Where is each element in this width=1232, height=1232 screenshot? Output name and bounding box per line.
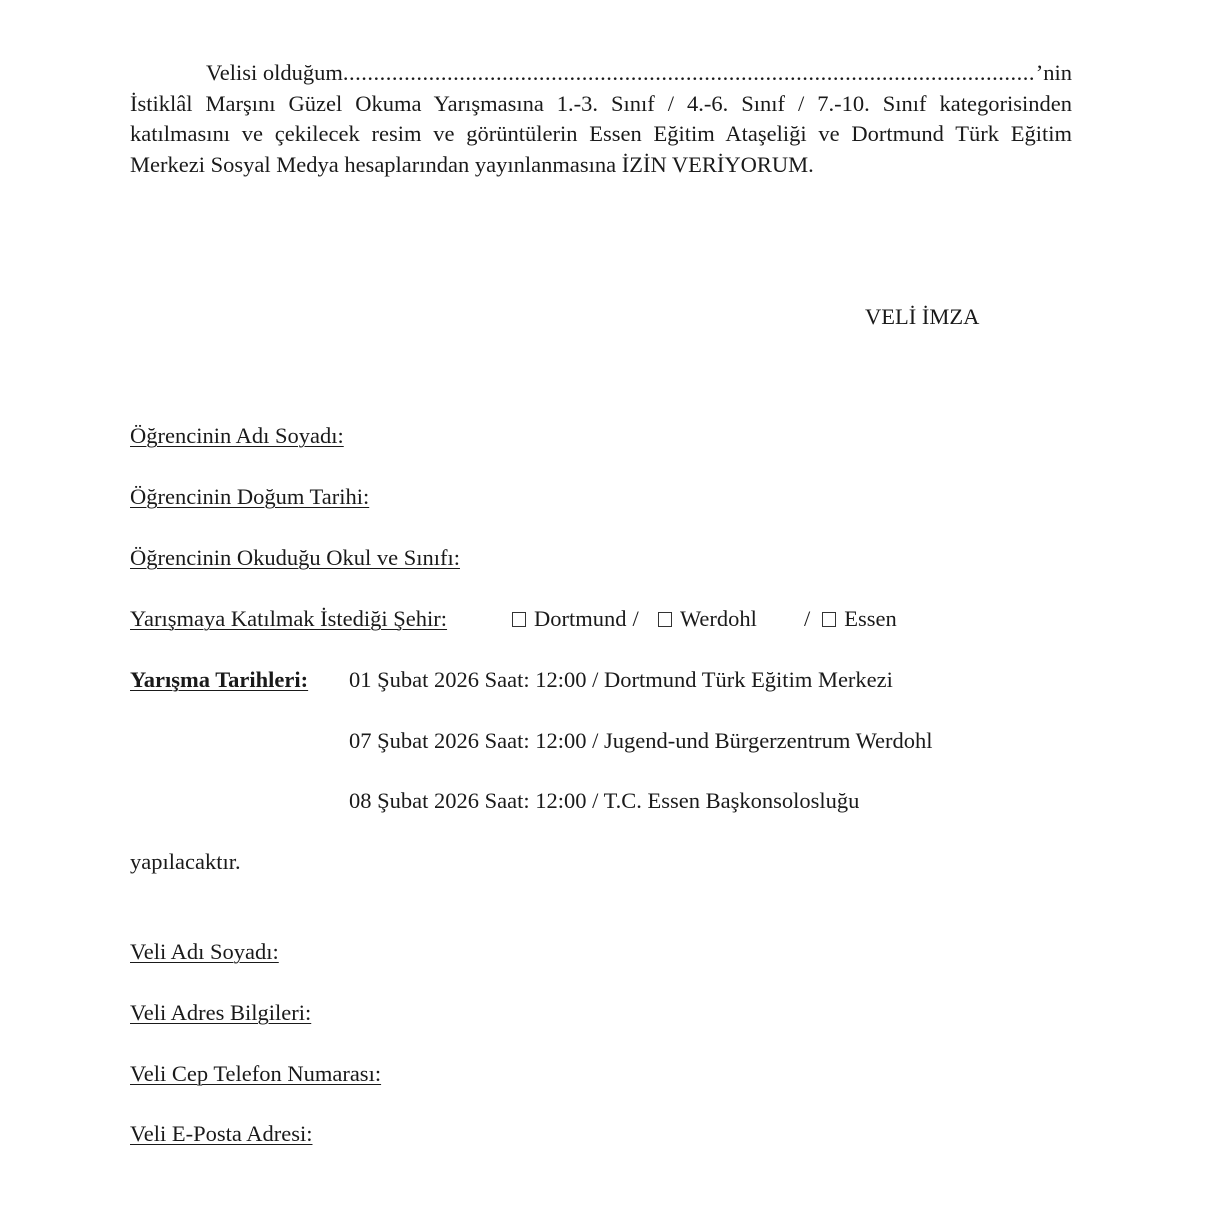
schedule-entry: 07 Şubat 2026 Saat: 12:00 / Jugend-und B… (349, 728, 933, 754)
student-school-class-label: Öğrencinin Okuduğu Okul ve Sınıfı: (130, 545, 460, 571)
closing-text: yapılacaktır. (130, 849, 241, 875)
consent-body: İstiklâl Marşını Güzel Okuma Yarışmasına… (130, 89, 1072, 181)
separator: / (633, 606, 639, 632)
parent-email-label: Veli E-Posta Adresi: (130, 1121, 312, 1147)
checkbox-icon[interactable] (658, 612, 672, 627)
parent-signature-label: VELİ İMZA (865, 304, 979, 330)
parent-address-label: Veli Adres Bilgileri: (130, 1000, 311, 1026)
checkbox-icon[interactable] (512, 612, 526, 627)
city-option-label: Werdohl (680, 606, 757, 632)
city-option-label: Dortmund (534, 606, 627, 632)
checkbox-icon[interactable] (822, 612, 836, 627)
schedule-entry: 01 Şubat 2026 Saat: 12:00 / Dortmund Tür… (349, 667, 893, 693)
city-option-dortmund[interactable]: Dortmund / (512, 606, 639, 632)
student-name-label: Öğrencinin Adı Soyadı: (130, 423, 344, 449)
city-option-label: Essen (844, 606, 897, 632)
consent-paragraph: Velisi olduğum ’nin İstiklâl Marşını Güz… (130, 58, 1072, 180)
parent-name-label: Veli Adı Soyadı: (130, 939, 279, 965)
student-name-blank[interactable] (343, 58, 1036, 89)
consent-suffix: ’nin (1036, 58, 1072, 89)
city-option-essen[interactable]: / Essen (804, 606, 897, 632)
separator: / (804, 606, 810, 632)
consent-first-line: Velisi olduğum ’nin (130, 58, 1072, 89)
student-birthdate-label: Öğrencinin Doğum Tarihi: (130, 484, 369, 510)
city-option-werdohl[interactable]: Werdohl (658, 606, 757, 632)
schedule-label: Yarışma Tarihleri: (130, 667, 308, 693)
schedule-entry: 08 Şubat 2026 Saat: 12:00 / T.C. Essen B… (349, 788, 859, 814)
parent-phone-label: Veli Cep Telefon Numarası: (130, 1061, 381, 1087)
city-choice-label: Yarışmaya Katılmak İstediği Şehir: (130, 606, 447, 632)
consent-lead: Velisi olduğum (206, 58, 343, 89)
